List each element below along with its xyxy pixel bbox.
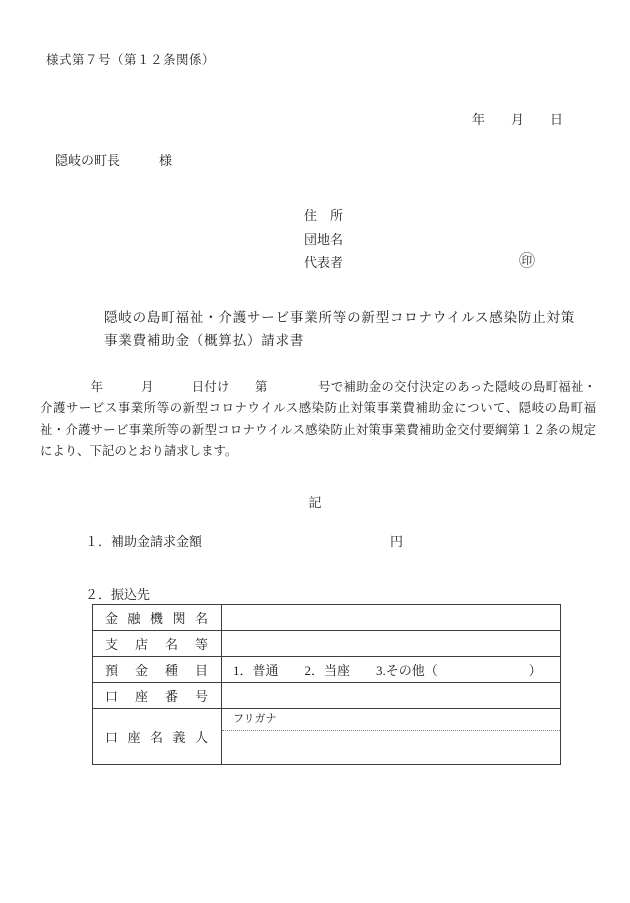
account-number-field [222,683,561,709]
bank-transfer-table: 金融機関名 支店名等 預金種目 1．普通 2．当座 3.その他（ ） 口座番号 … [92,604,561,765]
document-title: 隠岐の島町福祉・介護サービ事業所等の新型コロナウイルス感染防止対策 事業費補助金… [104,306,575,352]
item-bank-transfer-label: ２．振込先 [85,584,150,603]
branch-name-field [222,631,561,657]
item-claim-amount: １．補助金請求金額 円 [85,531,485,550]
account-holder-cell: フリガナ [222,709,561,765]
table-row-financial-institution: 金融機関名 [93,605,561,631]
financial-institution-field [222,605,561,631]
representative-label: 代表者 [304,251,343,275]
branch-name-label: 支店名等 [93,631,222,657]
seal-icon: ㊞ [519,248,535,271]
account-holder-field [222,731,560,764]
document-title-line2: 事業費補助金（概算払）請求書 [104,329,575,352]
document-title-line1: 隠岐の島町福祉・介護サービ事業所等の新型コロナウイルス感染防止対策 [104,306,575,329]
organization-name-label: 団地名 [304,228,343,252]
account-holder-label: 口座名義人 [93,709,222,765]
claim-amount-label: １．補助金請求金額 [85,534,202,549]
table-row-account-type: 預金種目 1．普通 2．当座 3.その他（ ） [93,657,561,683]
record-mark: 記 [0,492,630,511]
form-number: 様式第７号（第１２条関係） [46,50,215,68]
table-row-account-holder: 口座名義人 フリガナ [93,709,561,765]
account-type-options: 1．普通 2．当座 3.その他（ ） [222,657,561,683]
date-line: 年 月 日 [472,109,563,128]
table-row-branch-name: 支店名等 [93,631,561,657]
addressee: 隠岐の町長 様 [55,150,172,169]
furigana-label: フリガナ [222,709,560,731]
applicant-block: 住 所 団地名 代表者 [304,204,343,275]
document-page: 様式第７号（第１２条関係） 年 月 日 隠岐の町長 様 住 所 団地名 代表者 … [0,0,630,903]
financial-institution-label: 金融機関名 [93,605,222,631]
body-paragraph: 年 月 日付け 第 号で補助金の交付決定のあった隠岐の島町福祉・介護サービス事業… [40,377,596,463]
table-row-account-number: 口座番号 [93,683,561,709]
account-number-label: 口座番号 [93,683,222,709]
account-type-label: 預金種目 [93,657,222,683]
yen-unit-label: 円 [390,531,403,550]
address-label: 住 所 [304,204,343,228]
